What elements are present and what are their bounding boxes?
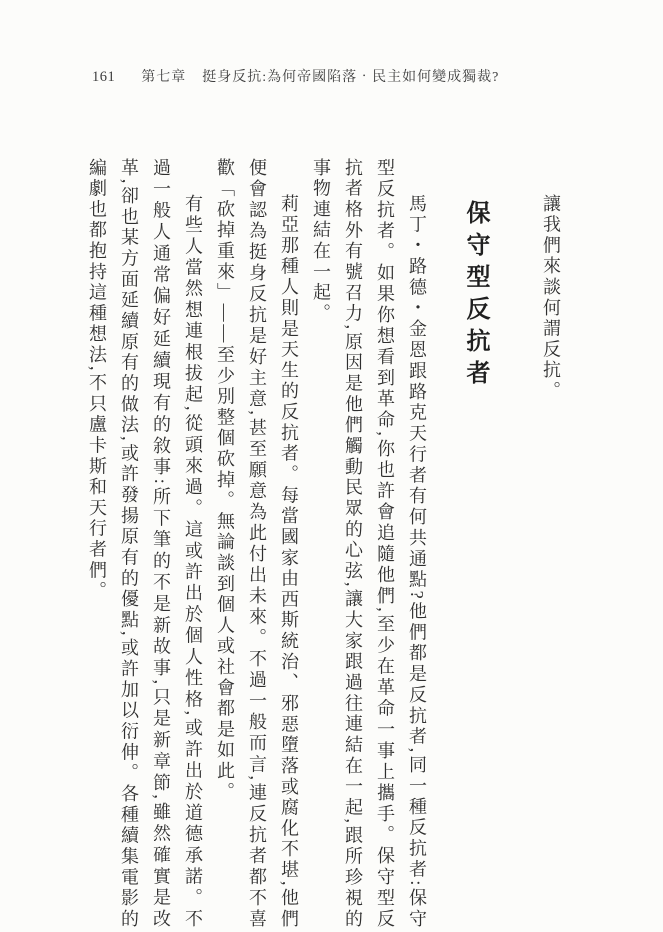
page-content: 讓我們來談何謂反抗。 保守型反抗者 馬丁・路德・金恩跟路克天行者有何共通點?他們… bbox=[81, 158, 567, 930]
chapter-label: 第七章 bbox=[141, 66, 186, 86]
intro-paragraph: 讓我們來談何謂反抗。 bbox=[535, 158, 567, 930]
page-number: 161 bbox=[92, 69, 115, 86]
chapter-title: 挺身反抗:為何帝國陷落‧民主如何變成獨裁? bbox=[202, 66, 499, 86]
page-header: 161 第七章 挺身反抗:為何帝國陷落‧民主如何變成獨裁? bbox=[92, 66, 499, 86]
book-page: 161 第七章 挺身反抗:為何帝國陷落‧民主如何變成獨裁? 讓我們來談何謂反抗。… bbox=[0, 0, 663, 932]
section-heading: 保守型反抗者 bbox=[455, 158, 495, 930]
body-paragraph-2: 莉亞那種人則是天生的反抗者。每當國家由西斯統治、邪惡墮落或腐化不堪,他們便會認為… bbox=[209, 158, 305, 930]
body-paragraph-1: 馬丁・路德・金恩跟路克天行者有何共通點?他們都是反抗者,同一種反抗者:保守型反抗… bbox=[305, 158, 433, 930]
body-paragraph-3: 有些人當然想連根拔起,從頭來過。這或許出於個人性格,或許出於道德承諾。不過一般人… bbox=[81, 158, 209, 930]
